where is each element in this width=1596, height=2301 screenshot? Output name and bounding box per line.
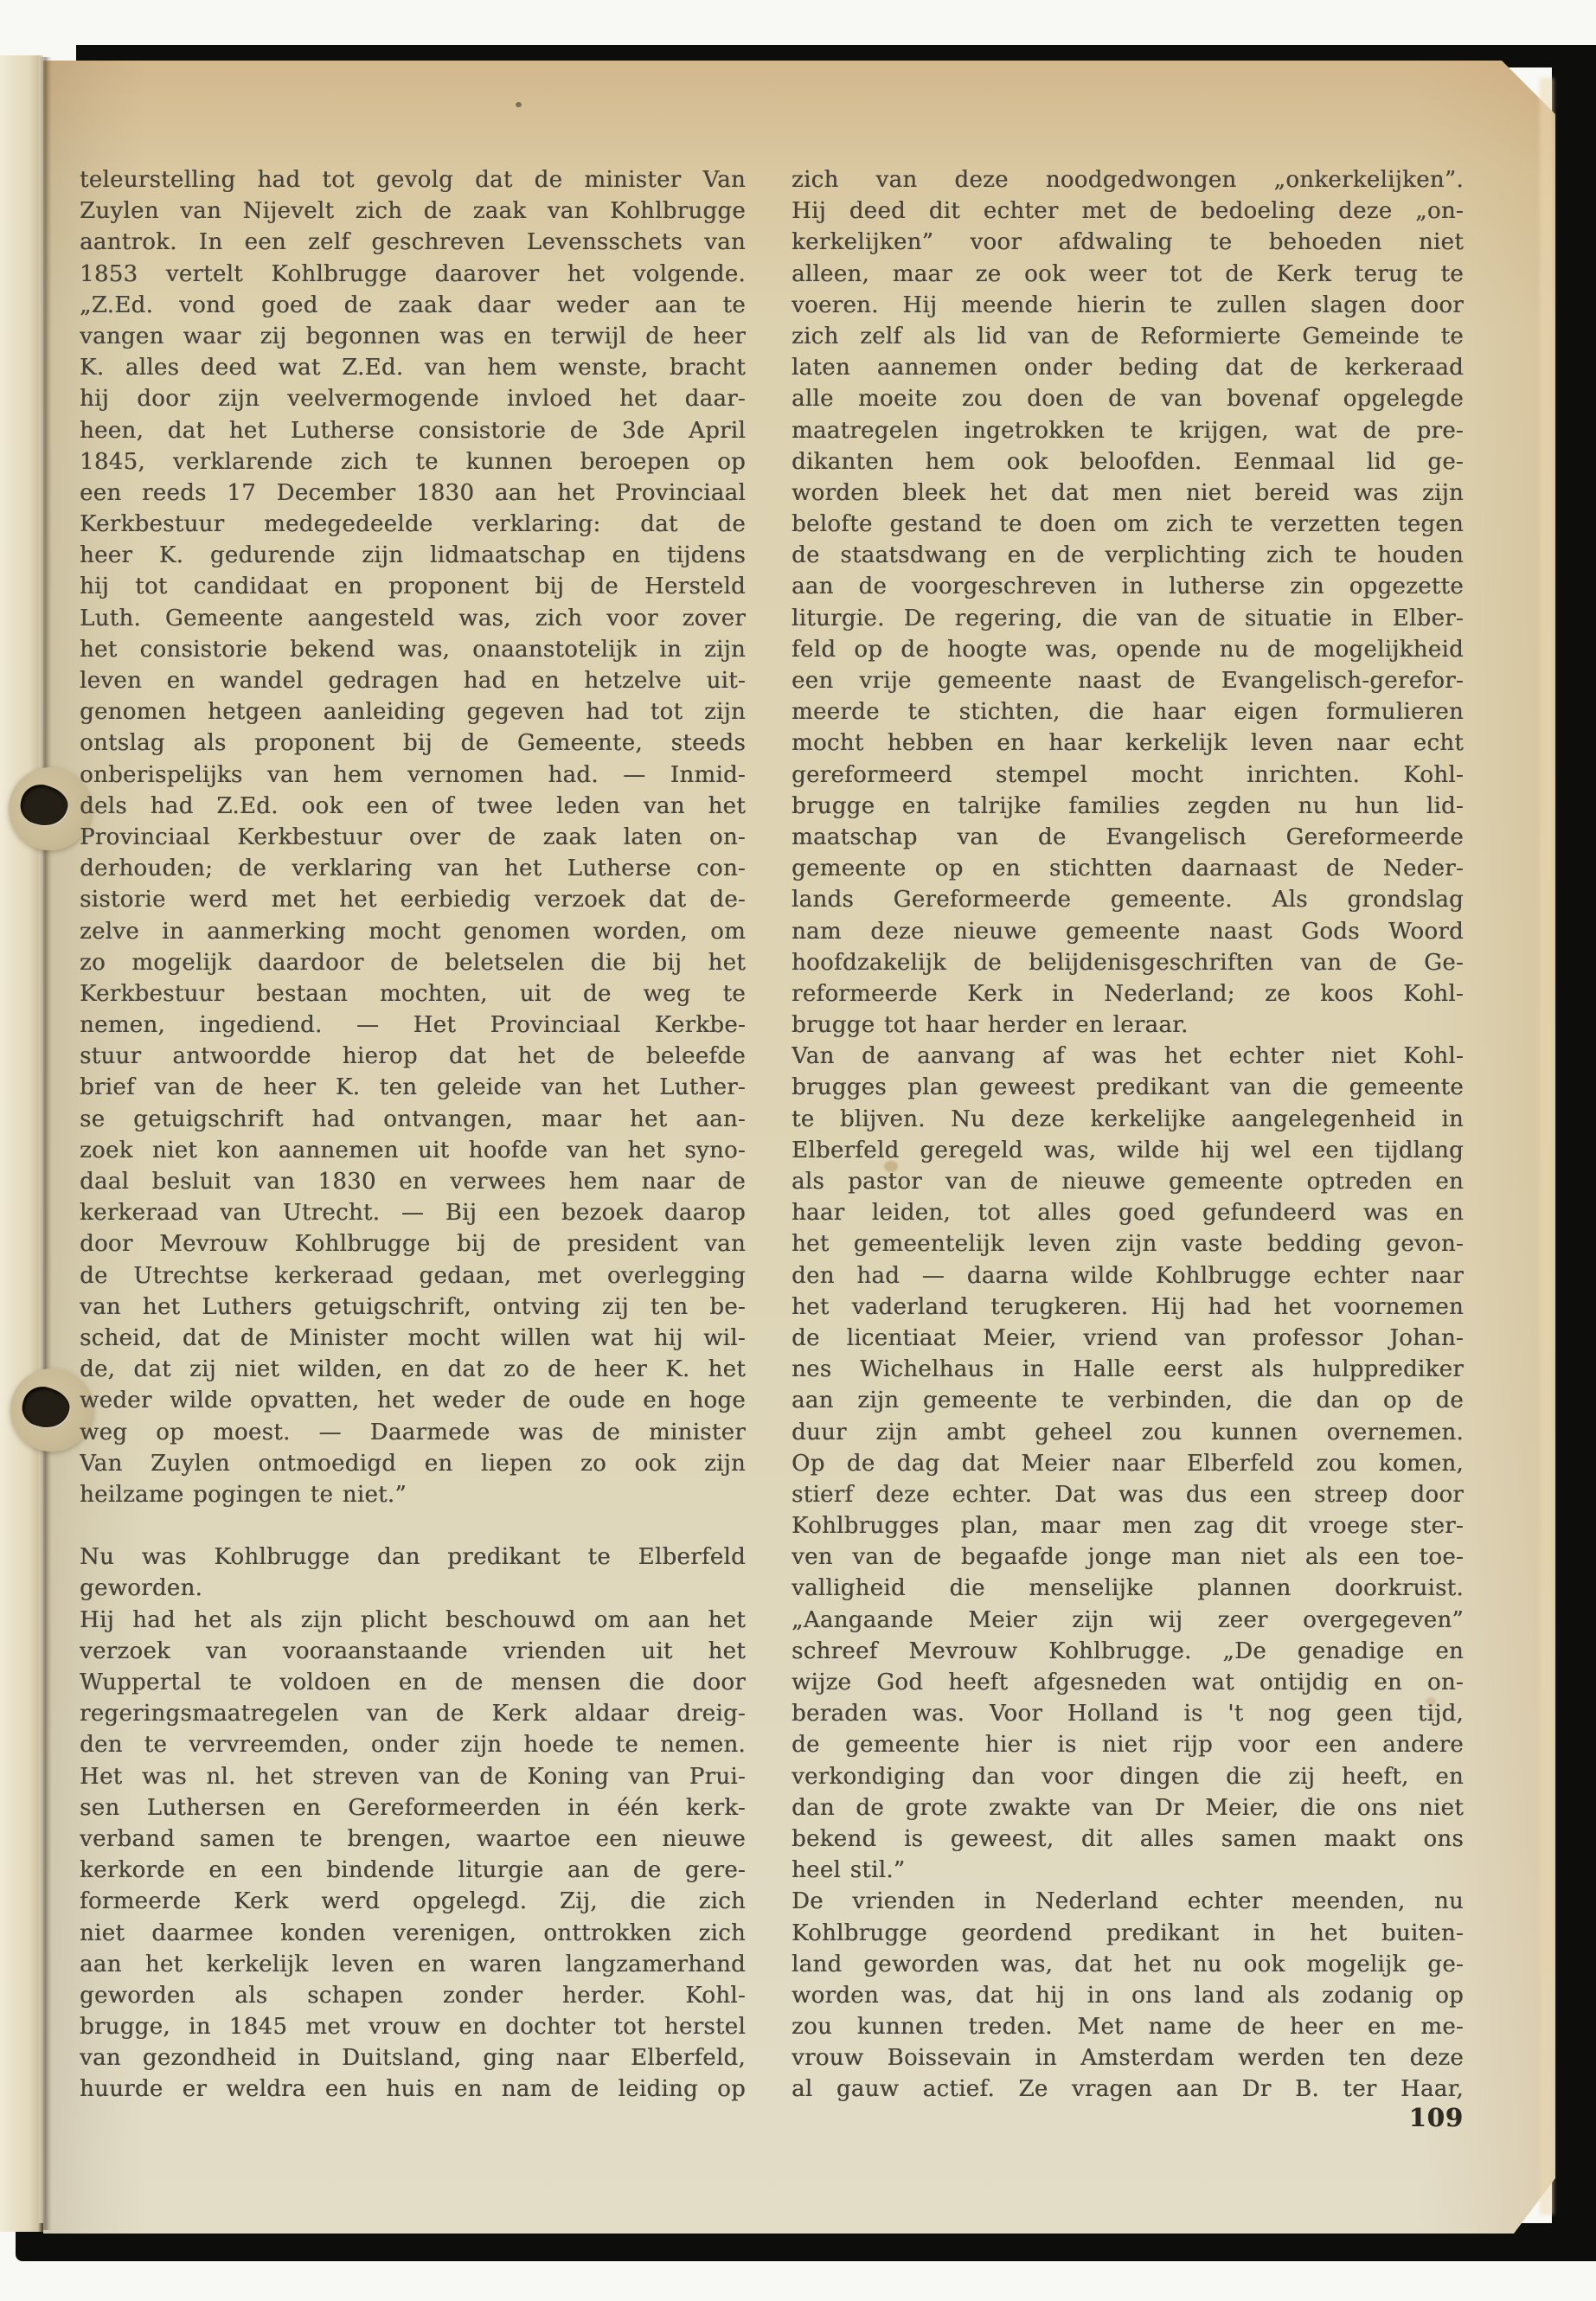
text-line: Kohlbrugges plan, maar men zag dit vroeg… — [792, 1510, 1464, 1541]
text-line: verband samen te brengen, waartoe een ni… — [80, 1823, 746, 1855]
text-line: worden was, dat hij in ons land als zoda… — [792, 1980, 1464, 2011]
text-line: weg op moest. — Daarmede was de minister — [80, 1417, 746, 1448]
text-line: onberispelijks van hem vernomen had. — I… — [80, 760, 746, 791]
text-line: een vrije gemeente naast de Evangelisch-… — [792, 665, 1464, 696]
text-line: van het Luthers getuigschrift, ontving z… — [80, 1292, 746, 1323]
text-line: lands Gereformeerde gemeente. Als gronds… — [792, 884, 1464, 915]
text-line: feld op de hoogte was, opende nu de moge… — [792, 634, 1464, 665]
text-line: duur zijn ambt geheel zou kunnen overnem… — [792, 1417, 1464, 1448]
paragraph-break — [80, 1510, 746, 1541]
text-line: alleen, maar ze ook weer tot de Kerk ter… — [792, 259, 1464, 290]
text-line: formeerde Kerk werd opgelegd. Zij, die z… — [80, 1886, 746, 1917]
text-line: niet daarmee konden verenigen, onttrokke… — [80, 1918, 746, 1949]
text-column-left: teleurstelling had tot gevolg dat de min… — [80, 164, 746, 2106]
text-line: het consistorie bekend was, onaanstoteli… — [80, 634, 746, 665]
text-line: gemeente op en stichtten daarnaast de Ne… — [792, 853, 1464, 884]
text-line: Nu was Kohlbrugge dan predikant te Elber… — [80, 1541, 746, 1573]
text-line: kerkelijken” voor afdwaling te behoeden … — [792, 227, 1464, 258]
text-line: Hij had het als zijn plicht beschouwd om… — [80, 1605, 746, 1636]
text-line: sistorie werd met het eerbiedig verzoek … — [80, 884, 746, 915]
text-line: te blijven. Nu deze kerkelijke aangelege… — [792, 1104, 1464, 1135]
text-line: maatschap van de Evangelisch Gereformeer… — [792, 822, 1464, 853]
scanned-book-spread: { "page": { "number": "109", "language":… — [0, 0, 1596, 2301]
text-line: Het was nl. het streven van de Koning va… — [80, 1761, 746, 1792]
text-line: bekend is geweest, dit alles samen maakt… — [792, 1823, 1464, 1855]
text-line: brugges plan geweest predikant van die g… — [792, 1072, 1464, 1103]
text-line: Wuppertal te voldoen en de mensen die do… — [80, 1667, 746, 1698]
text-line: leven en wandel gedragen had en hetzelve… — [80, 665, 746, 696]
text-line: gereformeerd stempel mocht inrichten. Ko… — [792, 760, 1464, 791]
text-line: reformeerde Kerk in Nederland; ze koos K… — [792, 978, 1464, 1009]
text-line: zelve in aanmerking mocht genomen worden… — [80, 916, 746, 947]
text-line: 1845, verklarende zich te kunnen beroepe… — [80, 446, 746, 478]
text-line: maatregelen ingetrokken te krijgen, wat … — [792, 415, 1464, 446]
text-line: Provinciaal Kerkbestuur over de zaak lat… — [80, 822, 746, 853]
text-line: laten aannemen onder beding dat de kerke… — [792, 352, 1464, 383]
text-line: Kerkbestuur bestaan mochten, uit de weg … — [80, 978, 746, 1009]
text-line: dikanten hem ook beloofden. Eenmaal lid … — [792, 446, 1464, 478]
text-column-right: zich van deze noodgedwongen „onkerkelijk… — [792, 164, 1464, 2106]
text-line: verkondiging dan voor dingen die zij hee… — [792, 1761, 1464, 1792]
text-line: Kerkbestuur medegedeelde verklaring: dat… — [80, 509, 746, 540]
text-line: dels had Z.Ed. ook een of twee leden van… — [80, 791, 746, 822]
text-line: Van Zuylen ontmoedigd en liepen zo ook z… — [80, 1448, 746, 1479]
text-line: de staatsdwang en de verplichting zich t… — [792, 540, 1464, 571]
text-line: beraden was. Voor Holland is 't nog geen… — [792, 1698, 1464, 1729]
text-line: den te vervreemden, onder zijn hoede te … — [80, 1729, 746, 1760]
text-line: K. alles deed wat Z.Ed. van hem wenste, … — [80, 352, 746, 383]
text-line: hoofdzakelijk de belijdenisgeschriften v… — [792, 947, 1464, 978]
text-line: een reeds 17 December 1830 aan het Provi… — [80, 478, 746, 509]
text-line: de, dat zij niet wilden, en dat zo de he… — [80, 1354, 746, 1385]
text-line: vrouw Boissevain in Amsterdam werden ten… — [792, 2042, 1464, 2073]
text-line: geworden als schapen zonder herder. Kohl… — [80, 1980, 746, 2011]
facing-page-edge — [0, 55, 43, 2232]
text-line: weder wilde opvatten, het weder de oude … — [80, 1385, 746, 1416]
text-line: kerkeraad van Utrecht. — Bij een bezoek … — [80, 1197, 746, 1228]
text-line: aan zijn gemeente te verbinden, die dan … — [792, 1385, 1464, 1416]
text-line: Luth. Gemeente aangesteld was, zich voor… — [80, 603, 746, 634]
text-line: dan de grote zwakte van Dr Meier, die on… — [792, 1792, 1464, 1823]
text-line: brief van de heer K. ten geleide van het… — [80, 1072, 746, 1103]
text-line: se getuigschrift had ontvangen, maar het… — [80, 1104, 746, 1135]
text-line: huurde er weldra een huis en nam de leid… — [80, 2073, 746, 2105]
text-line: geworden. — [80, 1573, 746, 1604]
text-line: De vrienden in Nederland echter meenden,… — [792, 1886, 1464, 1917]
text-line: scheid, dat de Minister mocht willen wat… — [80, 1323, 746, 1354]
paper-stain — [884, 1161, 898, 1172]
text-line: zoek niet kon aannemen uit hoofde van he… — [80, 1135, 746, 1166]
page-number: 109 — [792, 2100, 1464, 2135]
text-line: brugge, in 1845 met vrouw en dochter tot… — [80, 2011, 746, 2042]
text-line: mocht hebben en haar kerkelijk leven naa… — [792, 727, 1464, 759]
text-line: brugge tot haar herder en leraar. — [792, 1009, 1464, 1041]
text-line: Zuylen van Nijevelt zich de zaak van Koh… — [80, 195, 746, 227]
scan-speck — [516, 102, 522, 107]
text-line: Van de aanvang af was het echter niet Ko… — [792, 1041, 1464, 1072]
text-line: ven van de begaafde jonge man niet als e… — [792, 1541, 1464, 1573]
text-line: sen Luthersen en Gereformeerden in één k… — [80, 1792, 746, 1823]
gutter-crease-shadow — [40, 57, 52, 2230]
text-line: de licentiaat Meier, vriend van professo… — [792, 1323, 1464, 1354]
text-line: ontslag als proponent bij de Gemeente, s… — [80, 727, 746, 759]
text-line: vangen waar zij begonnen was en terwijl … — [80, 321, 746, 352]
text-line: zich van deze noodgedwongen „onkerkelijk… — [792, 164, 1464, 195]
text-line: liturgie. De regering, die van de situat… — [792, 603, 1464, 634]
text-line: nemen, ingediend. — Het Provinciaal Kerk… — [80, 1009, 746, 1041]
text-line: door Mevrouw Kohlbrugge bij de president… — [80, 1228, 746, 1259]
text-line: stuur antwoordde hierop dat het de belee… — [80, 1041, 746, 1072]
text-line: brugge en talrijke families zegden nu hu… — [792, 791, 1464, 822]
text-line: nes Wichelhaus in Halle eerst als hulppr… — [792, 1354, 1464, 1385]
text-line: schreef Mevrouw Kohlbrugge. „De genadige… — [792, 1636, 1464, 1667]
text-line: derhouden; de verklaring van het Luthers… — [80, 853, 746, 884]
text-line: nam deze nieuwe gemeente naast Gods Woor… — [792, 916, 1464, 947]
book-cover-edge-right — [1552, 45, 1596, 2261]
text-line: heilzame pogingen te niet.” — [80, 1479, 746, 1510]
text-line: het vaderland terugkeren. Hij had het vo… — [792, 1292, 1464, 1323]
text-line: heer K. gedurende zijn lidmaatschap en t… — [80, 540, 746, 571]
text-line: de gemeente hier is niet rijp voor een a… — [792, 1729, 1464, 1760]
text-line: zo mogelijk daardoor de beletselen die b… — [80, 947, 746, 978]
text-line: Hij deed dit echter met de bedoeling dez… — [792, 195, 1464, 227]
text-line: aantrok. In een zelf geschreven Levenssc… — [80, 227, 746, 258]
text-line: haar leiden, tot alles goed gefundeerd w… — [792, 1197, 1464, 1228]
text-line: verzoek van vooraanstaande vrienden uit … — [80, 1636, 746, 1667]
text-line: worden bleek het dat men niet bereid was… — [792, 478, 1464, 509]
text-line: Op de dag dat Meier naar Elberfeld zou k… — [792, 1448, 1464, 1479]
text-line: van gezondheid in Duitsland, ging naar E… — [80, 2042, 746, 2073]
text-line: aan het kerkelijk leven en waren langzam… — [80, 1949, 746, 1980]
text-line: voeren. Hij meende hierin te zullen slag… — [792, 290, 1464, 321]
text-line: valligheid die menselijke plannen doorkr… — [792, 1573, 1464, 1604]
text-line: heel stil.” — [792, 1855, 1464, 1886]
text-line: teleurstelling had tot gevolg dat de min… — [80, 164, 746, 195]
text-line: hij door zijn veelvermogende invloed het… — [80, 383, 746, 414]
text-line: belofte gestand te doen om zich te verze… — [792, 509, 1464, 540]
text-line: den had — daarna wilde Kohlbrugge echter… — [792, 1260, 1464, 1292]
paper-stain — [1426, 1697, 1436, 1706]
text-line: kerkorde en een bindende liturgie aan de… — [80, 1855, 746, 1886]
text-line: wijze God heeft afgesneden wat ontijdig … — [792, 1667, 1464, 1698]
text-line: heen, dat het Lutherse consistorie de 3d… — [80, 415, 746, 446]
text-line: de Utrechtse kerkeraad gedaan, met overl… — [80, 1260, 746, 1292]
text-line: land geworden was, dat het nu ook mogeli… — [792, 1949, 1464, 1980]
text-line: regeringsmaatregelen van de Kerk aldaar … — [80, 1698, 746, 1729]
text-line: „Aangaande Meier zijn wij zeer overgegev… — [792, 1605, 1464, 1636]
text-line: het gemeentelijk leven zijn vaste beddin… — [792, 1228, 1464, 1259]
text-line: stierf deze echter. Dat was dus een stre… — [792, 1479, 1464, 1510]
text-line: aan de voorgeschreven in lutherse zin op… — [792, 571, 1464, 602]
text-line: zich zelf als lid van de Reformierte Gem… — [792, 321, 1464, 352]
text-line: meerde te stichten, die haar eigen formu… — [792, 696, 1464, 727]
text-line: daal besluit van 1830 en verwees hem naa… — [80, 1166, 746, 1197]
text-line: alle moeite zou doen de van bovenaf opge… — [792, 383, 1464, 414]
page-cut-edge — [1540, 78, 1554, 2214]
text-line: 1853 vertelt Kohlbrugge daarover het vol… — [80, 259, 746, 290]
text-line: hij tot candidaat en proponent bij de He… — [80, 571, 746, 602]
text-line: „Z.Ed. vond goed de zaak daar weder aan … — [80, 290, 746, 321]
text-line: zou kunnen treden. Met name de heer en m… — [792, 2011, 1464, 2042]
text-line: Kohlbrugge geordend predikant in het bui… — [792, 1918, 1464, 1949]
text-line: genomen hetgeen aanleiding gegeven had t… — [80, 696, 746, 727]
